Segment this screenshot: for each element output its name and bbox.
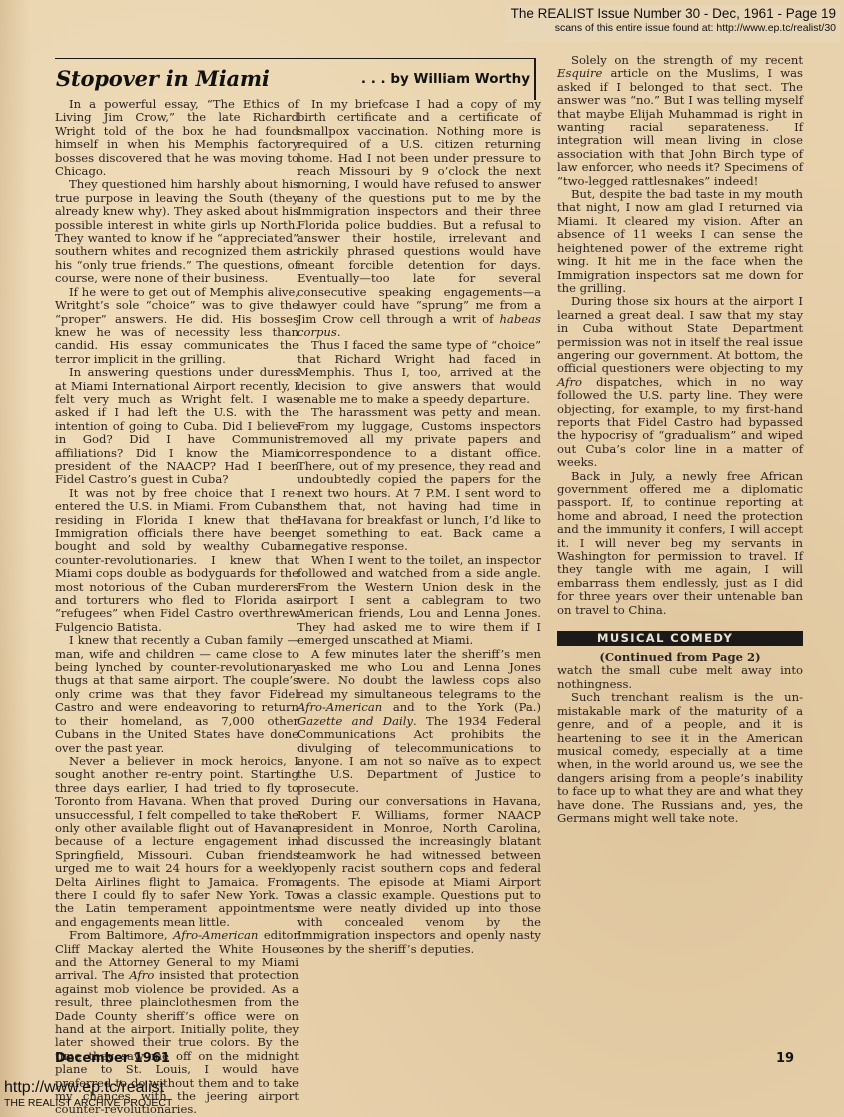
paragraph: watch the small cube melt away into noth… [557, 664, 803, 691]
archive-header-subtitle: scans of this entire issue found at: htt… [506, 22, 840, 35]
paragraph: Back in July, a newly free African gover… [557, 470, 803, 617]
article-column-1: In a powerful essay, “The Ethics of Livi… [55, 98, 299, 1117]
paragraph: Thus I faced the same type of “choice” t… [297, 339, 541, 406]
archive-url-link[interactable]: http://www.ep.tc/realist [4, 1079, 172, 1097]
paragraph: Never a believer in mock heroics, I soug… [55, 755, 299, 929]
section-banner-musical-comedy: MUSICAL COMEDY [557, 631, 803, 646]
archive-project-label: THE REALIST ARCHIVE PROJECT [4, 1097, 172, 1110]
paragraph: In answering questions under du­ress at … [55, 366, 299, 487]
article-column-2: In my briefcase I had a copy of my birth… [297, 98, 541, 956]
archive-header-title: The REALIST Issue Number 30 - Dec, 1961 … [506, 6, 840, 22]
article-byline: . . . by William Worthy [336, 71, 530, 87]
page-number: 19 [776, 1051, 794, 1066]
paragraph: During those six hours at the air­port I… [557, 295, 803, 469]
continued-from-note: (Continued from Page 2) [557, 651, 803, 664]
byline-box-border [534, 58, 536, 100]
top-rule-divider [55, 58, 535, 59]
paragraph: I knew that recently a Cuban fami­ly — m… [55, 634, 299, 755]
paragraph: But, despite the bad taste in my mouth t… [557, 188, 803, 295]
paragraph: Such trenchant realism is the un­mistaka… [557, 691, 803, 825]
paragraph: In a powerful essay, “The Ethics of Livi… [55, 98, 299, 178]
archive-header: The REALIST Issue Number 30 - Dec, 1961 … [506, 6, 840, 42]
paragraph: In my briefcase I had a copy of my birth… [297, 98, 541, 339]
article-column-3: Solely on the strength of my recent Esqu… [557, 54, 803, 825]
paragraph: If he were to get out of Memphis alive, … [55, 286, 299, 366]
paragraph: During our conversations in Ha­vana, Rob… [297, 795, 541, 956]
paragraph: It was not by free choice that I re-ente… [55, 487, 299, 634]
paragraph: Solely on the strength of my recent Esqu… [557, 54, 803, 188]
paragraph: The harassment was petty and mean. From … [297, 406, 541, 553]
archive-footer: http://www.ep.tc/realist THE REALIST ARC… [4, 1079, 172, 1110]
article-headline: Stopover in Miami [56, 66, 270, 91]
paragraph: When I went to the toilet, an in­spector… [297, 554, 541, 648]
footer-date: December 1961 [55, 1051, 170, 1066]
paragraph: They questioned him harshly about his tr… [55, 178, 299, 285]
paragraph: A few minutes later the sheriff’s men as… [297, 648, 541, 795]
